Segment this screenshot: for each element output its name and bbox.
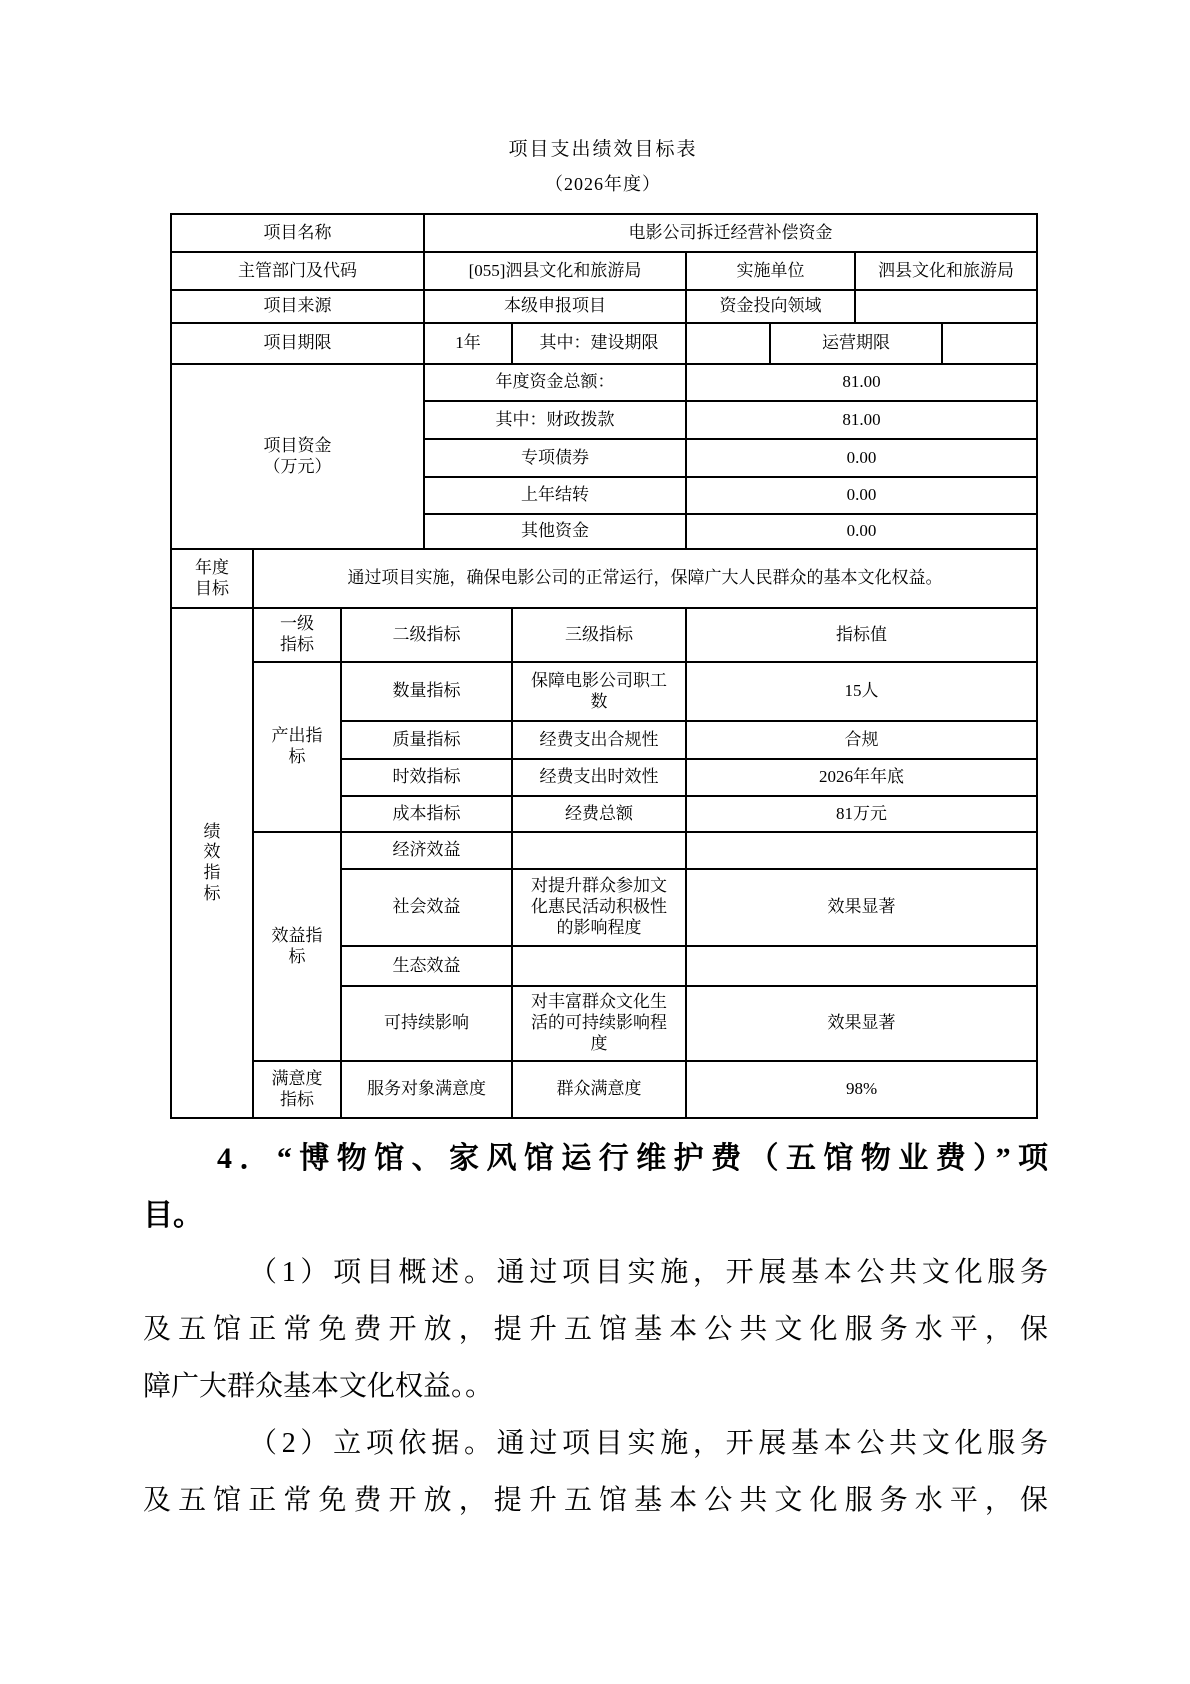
indicator-value: 2026年年底 bbox=[686, 759, 1037, 796]
funds-carryover-value: 0.00 bbox=[686, 477, 1037, 514]
indicator-l2: 经济效益 bbox=[341, 832, 512, 869]
build-period-value bbox=[686, 323, 770, 364]
indicator-l2: 服务对象满意度 bbox=[341, 1061, 512, 1118]
body-text-block: 4．“博物馆、家风馆运行维护费（五馆物业费）”项 目。 （1）项目概述。通过项目… bbox=[143, 1130, 1048, 1529]
indicator-l3: 群众满意度 bbox=[512, 1061, 686, 1118]
funds-label: 项目资金 （万元） bbox=[171, 364, 424, 549]
fund-field-value bbox=[855, 290, 1037, 323]
indicator-l2: 数量指标 bbox=[341, 662, 512, 721]
funds-other-label: 其他资金 bbox=[424, 514, 686, 549]
impl-unit-value: 泗县文化和旅游局 bbox=[855, 252, 1037, 290]
project-name-value: 电影公司拆迁经营补偿资金 bbox=[424, 214, 1037, 252]
indicator-l3 bbox=[512, 832, 686, 869]
annual-goal-text: 通过项目实施，确保电影公司的正常运行，保障广大人民群众的基本文化权益。 bbox=[253, 549, 1037, 608]
funds-other-value: 0.00 bbox=[686, 514, 1037, 549]
table-row: 项目资金 （万元） 年度资金总额： 81.00 bbox=[171, 364, 1037, 401]
funds-carryover-label: 上年结转 bbox=[424, 477, 686, 514]
output-indicator-label: 产出指 标 bbox=[253, 662, 341, 832]
table-row: 项目来源 本级申报项目 资金投向领域 bbox=[171, 290, 1037, 323]
paragraph-line: （2）立项依据。通过项目实施，开展基本公共文化服务 bbox=[143, 1415, 1048, 1472]
project-name-label: 项目名称 bbox=[171, 214, 424, 252]
page-title: 项目支出绩效目标表 bbox=[170, 134, 1036, 161]
annual-goal-label: 年度 目标 bbox=[171, 549, 253, 608]
satisfaction-indicator-label: 满意度 指标 bbox=[253, 1061, 341, 1118]
perf-header-level3: 三级指标 bbox=[512, 608, 686, 662]
indicator-value: 效果显著 bbox=[686, 869, 1037, 946]
indicator-value: 81万元 bbox=[686, 796, 1037, 832]
dept-label: 主管部门及代码 bbox=[171, 252, 424, 290]
indicator-value: 15人 bbox=[686, 662, 1037, 721]
indicator-l3: 经费支出合规性 bbox=[512, 721, 686, 759]
table-row: 满意度 指标 服务对象满意度 群众满意度 98% bbox=[171, 1061, 1037, 1118]
source-value: 本级申报项目 bbox=[424, 290, 686, 323]
oper-period-label: 运营期限 bbox=[770, 323, 942, 364]
period-label: 项目期限 bbox=[171, 323, 424, 364]
table-row: 效益指 标 经济效益 bbox=[171, 832, 1037, 869]
funds-bond-label: 专项债券 bbox=[424, 439, 686, 477]
indicator-l2: 生态效益 bbox=[341, 946, 512, 986]
benefit-indicator-label: 效益指 标 bbox=[253, 832, 341, 1061]
indicator-l3: 经费支出时效性 bbox=[512, 759, 686, 796]
indicator-l2: 可持续影响 bbox=[341, 986, 512, 1061]
period-value: 1年 bbox=[424, 323, 512, 364]
indicator-value: 98% bbox=[686, 1061, 1037, 1118]
funds-fiscal-value: 81.00 bbox=[686, 401, 1037, 439]
perf-header-value: 指标值 bbox=[686, 608, 1037, 662]
indicator-l3: 经费总额 bbox=[512, 796, 686, 832]
table-row: 项目名称 电影公司拆迁经营补偿资金 bbox=[171, 214, 1037, 252]
section-heading-line: 目。 bbox=[143, 1187, 1048, 1244]
indicator-l3: 对提升群众参加文 化惠民活动积极性 的影响程度 bbox=[512, 869, 686, 946]
indicator-value: 合规 bbox=[686, 721, 1037, 759]
funds-total-value: 81.00 bbox=[686, 364, 1037, 401]
fund-field-label: 资金投向领域 bbox=[686, 290, 855, 323]
source-label: 项目来源 bbox=[171, 290, 424, 323]
funds-fiscal-label: 其中：财政拨款 bbox=[424, 401, 686, 439]
indicator-value bbox=[686, 946, 1037, 986]
paragraph-line: 障广大群众基本文化权益。。 bbox=[143, 1358, 1048, 1415]
funds-total-label: 年度资金总额： bbox=[424, 364, 686, 401]
indicator-l2: 时效指标 bbox=[341, 759, 512, 796]
performance-target-table: 项目名称 电影公司拆迁经营补偿资金 主管部门及代码 [055]泗县文化和旅游局 … bbox=[170, 213, 1038, 1119]
paragraph-line: 及五馆正常免费开放，提升五馆基本公共文化服务水平，保 bbox=[143, 1472, 1048, 1529]
dept-code-value: [055]泗县文化和旅游局 bbox=[424, 252, 686, 290]
table-row: 主管部门及代码 [055]泗县文化和旅游局 实施单位 泗县文化和旅游局 bbox=[171, 252, 1037, 290]
paragraph-line: （1）项目概述。通过项目实施，开展基本公共文化服务 bbox=[143, 1244, 1048, 1301]
oper-period-value bbox=[942, 323, 1037, 364]
indicator-l2: 质量指标 bbox=[341, 721, 512, 759]
funds-bond-value: 0.00 bbox=[686, 439, 1037, 477]
table-row: 产出指 标 数量指标 保障电影公司职工 数 15人 bbox=[171, 662, 1037, 721]
indicator-value bbox=[686, 832, 1037, 869]
build-period-label: 其中：建设期限 bbox=[512, 323, 686, 364]
table-row: 项目期限 1年 其中：建设期限 运营期限 bbox=[171, 323, 1037, 364]
indicator-l3: 对丰富群众文化生 活的可持续影响程 度 bbox=[512, 986, 686, 1061]
paragraph-line: 及五馆正常免费开放，提升五馆基本公共文化服务水平，保 bbox=[143, 1301, 1048, 1358]
perf-section-label: 绩 效 指 标 bbox=[171, 608, 253, 1118]
impl-unit-label: 实施单位 bbox=[686, 252, 855, 290]
perf-header-level1: 一级 指标 bbox=[253, 608, 341, 662]
perf-header-level2: 二级指标 bbox=[341, 608, 512, 662]
table-row: 年度 目标 通过项目实施，确保电影公司的正常运行，保障广大人民群众的基本文化权益… bbox=[171, 549, 1037, 608]
indicator-value: 效果显著 bbox=[686, 986, 1037, 1061]
indicator-l3 bbox=[512, 946, 686, 986]
table-row: 绩 效 指 标 一级 指标 二级指标 三级指标 指标值 bbox=[171, 608, 1037, 662]
indicator-l2: 社会效益 bbox=[341, 869, 512, 946]
indicator-l2: 成本指标 bbox=[341, 796, 512, 832]
page-subtitle: （2026年度） bbox=[170, 170, 1036, 196]
indicator-l3: 保障电影公司职工 数 bbox=[512, 662, 686, 721]
section-heading-line: 4．“博物馆、家风馆运行维护费（五馆物业费）”项 bbox=[143, 1130, 1048, 1187]
